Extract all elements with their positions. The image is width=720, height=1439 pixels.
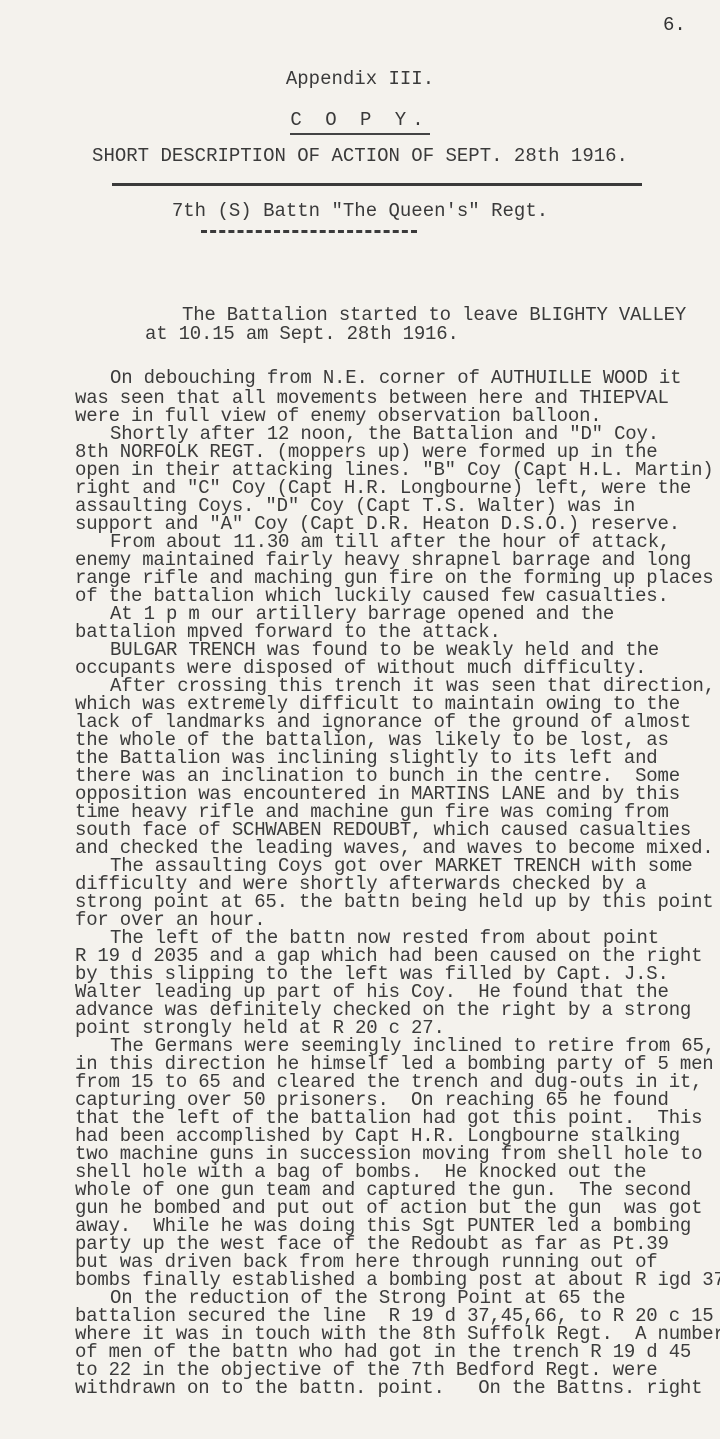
text-line: had been accomplished by Capt H.R. Longb… bbox=[75, 1128, 680, 1144]
text-line: The Germans were seemingly inclined to r… bbox=[110, 1038, 715, 1054]
text-line: point strongly held at R 20 c 27. bbox=[75, 1020, 445, 1036]
text-line: advance was definitely checked on the ri… bbox=[75, 1002, 691, 1018]
text-line: away. While he was doing this Sgt PUNTER… bbox=[75, 1218, 691, 1234]
text-line: Walter leading up part of his Coy. He fo… bbox=[75, 984, 669, 1000]
text-line: the Battalion was inclining slightly to … bbox=[75, 750, 658, 766]
text-line: of the battalion which luckily caused fe… bbox=[75, 588, 669, 604]
text-line: At 1 p m our artillery barrage opened an… bbox=[110, 606, 614, 622]
text-line: in this direction he himself led a bombi… bbox=[75, 1056, 714, 1072]
text-line: to 22 in the objective of the 7th Bedfor… bbox=[75, 1362, 658, 1378]
text-line: open in their attacking lines. "B" Coy (… bbox=[75, 462, 714, 478]
text-line: from 15 to 65 and cleared the trench and… bbox=[75, 1074, 702, 1090]
text-line: Shortly after 12 noon, the Battalion and… bbox=[110, 426, 659, 442]
text-line: but was driven back from here through ru… bbox=[75, 1254, 658, 1270]
text-line: On debouching from N.E. corner of AUTHUI… bbox=[110, 370, 681, 386]
text-line: south face of SCHWABEN REDOUBT, which ca… bbox=[75, 822, 691, 838]
text-line: which was extremely difficult to maintai… bbox=[75, 696, 680, 712]
text-line: After crossing this trench it was seen t… bbox=[110, 678, 715, 694]
text-line: support and "A" Coy (Capt D.R. Heaton D.… bbox=[75, 516, 680, 532]
text-line: of men of the battn who had got in the t… bbox=[75, 1344, 691, 1360]
page-number: 6. bbox=[663, 15, 686, 35]
text-line: The Battalion started to leave BLIGHTY V… bbox=[182, 307, 686, 323]
text-line: for over an hour. bbox=[75, 912, 265, 928]
text-line: strong point at 65. the battn being held… bbox=[75, 894, 714, 910]
text-line: On the reduction of the Strong Point at … bbox=[110, 1290, 625, 1306]
appendix-heading: Appendix III. bbox=[0, 69, 720, 89]
text-line: enemy maintained fairly heavy shrapnel b… bbox=[75, 552, 691, 568]
text-line: right and "C" Coy (Capt H.R. Longbourne)… bbox=[75, 480, 691, 496]
text-line: whole of one gun team and captured the g… bbox=[75, 1182, 691, 1198]
text-line: bombs finally established a bombing post… bbox=[75, 1272, 720, 1288]
title-rule bbox=[112, 183, 642, 186]
text-line: shell hole with a bag of bombs. He knock… bbox=[75, 1164, 646, 1180]
document-title: SHORT DESCRIPTION OF ACTION OF SEPT. 28t… bbox=[0, 145, 720, 167]
text-line: two machine guns in succession moving fr… bbox=[75, 1146, 702, 1162]
text-line: lack of landmarks and ignorance of the g… bbox=[75, 714, 691, 730]
text-line: The assaulting Coys got over MARKET TREN… bbox=[110, 858, 693, 874]
text-line: capturing over 50 prisoners. On reaching… bbox=[75, 1092, 669, 1108]
text-line: time heavy rifle and machine gun fire wa… bbox=[75, 804, 669, 820]
text-line: The left of the battn now rested from ab… bbox=[110, 930, 659, 946]
text-line: From about 11.30 am till after the hour … bbox=[110, 534, 670, 550]
text-line: was seen that all movements between here… bbox=[75, 390, 669, 406]
text-line: 8th NORFOLK REGT. (moppers up) were form… bbox=[75, 444, 658, 460]
text-line: battalion mpved forward to the attack. bbox=[75, 624, 501, 640]
text-line: gun he bombed and put out of action but … bbox=[75, 1200, 702, 1216]
document-page: 6. Appendix III. C O P Y. SHORT DESCRIPT… bbox=[0, 0, 720, 1439]
subtitle-rule bbox=[201, 230, 417, 233]
text-line: range rifle and maching gun fire on the … bbox=[75, 570, 714, 586]
document-subtitle: 7th (S) Battn "The Queen's" Regt. bbox=[0, 200, 720, 222]
text-line: R 19 d 2035 and a gap which had been cau… bbox=[75, 948, 702, 964]
text-line: assaulting Coys. "D" Coy (Capt T.S. Walt… bbox=[75, 498, 635, 514]
text-line: opposition was encountered in MARTINS LA… bbox=[75, 786, 680, 802]
text-line: where it was in touch with the 8th Suffo… bbox=[75, 1326, 720, 1342]
text-line: difficulty and were shortly afterwards c… bbox=[75, 876, 646, 892]
copy-label-text: C O P Y. bbox=[290, 109, 429, 135]
text-line: there was an inclination to bunch in the… bbox=[75, 768, 680, 784]
text-line: and checked the leading waves, and waves… bbox=[75, 840, 714, 856]
text-line: by this slipping to the left was filled … bbox=[75, 966, 669, 982]
text-line: the whole of the battalion, was likely t… bbox=[75, 732, 669, 748]
text-line: at 10.15 am Sept. 28th 1916. bbox=[145, 326, 459, 342]
text-line: party up the west face of the Redoubt as… bbox=[75, 1236, 669, 1252]
copy-label: C O P Y. bbox=[0, 110, 720, 130]
text-line: occupants were disposed of without much … bbox=[75, 660, 646, 676]
text-line: battalion secured the line R 19 d 37,45,… bbox=[75, 1308, 714, 1324]
text-line: BULGAR TRENCH was found to be weakly hel… bbox=[110, 642, 659, 658]
text-line: that the left of the battalion had got t… bbox=[75, 1110, 702, 1126]
text-line: withdrawn on to the battn. point. On the… bbox=[75, 1380, 702, 1396]
text-line: were in full view of enemy observation b… bbox=[75, 408, 602, 424]
